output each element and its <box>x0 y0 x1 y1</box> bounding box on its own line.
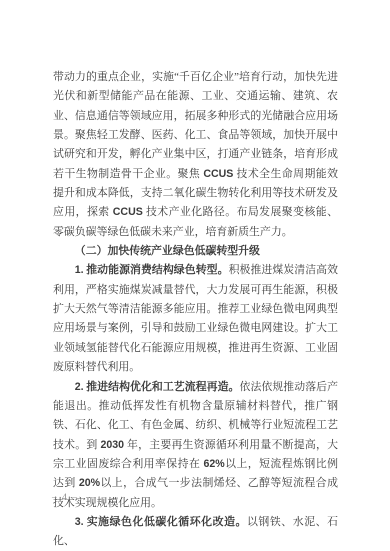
text-run: （二）加快传统产业绿色低碳转型升级 <box>75 245 260 257</box>
text-run: CCUS <box>113 206 143 218</box>
text-run: 带动力的重点企业，实施“千百亿企业”培育行动，加快先进光伏和新型储能产品在能源、… <box>53 71 338 180</box>
para-continuation: 带动力的重点企业，实施“千百亿企业”培育行动，加快先进光伏和新型储能产品在能源、… <box>53 68 338 242</box>
text-run: 推进结构优化和工艺流程再造。 <box>86 381 239 393</box>
text-run: 20% <box>79 477 100 489</box>
text-run: 推动能源消费结构绿色转型。 <box>86 264 228 276</box>
document-body: 带动力的重点企业，实施“千百亿企业”培育行动，加快先进光伏和新型储能产品在能源、… <box>53 68 338 551</box>
text-run: 积极推进煤炭清洁高效利用，严格实施煤炭减量替代，大力发展可再生能源，积极扩大天然… <box>53 264 338 373</box>
para-item-3: 3. 实施绿色化低碳化循环化改造。以钢铁、水泥、石化、 <box>53 513 338 551</box>
para-item-2: 2. 推进结构优化和工艺流程再造。依法依规推动落后产能退出。推动低挥发性有机物含… <box>53 378 338 513</box>
text-run: CCUS <box>203 168 233 180</box>
text-run: 62% <box>203 458 224 470</box>
text-run: 实施绿色化低碳化循环化改造。 <box>87 516 247 528</box>
document-page: 带动力的重点企业，实施“千百亿企业”培育行动，加快先进光伏和新型储能产品在能源、… <box>0 0 390 551</box>
page-number: – 4 – <box>52 493 79 503</box>
text-run: 2030 <box>100 439 124 451</box>
para-item-1: 1. 推动能源消费结构绿色转型。积极推进煤炭清洁高效利用，严格实施煤炭减量替代，… <box>53 261 338 377</box>
heading-section-2: （二）加快传统产业绿色低碳转型升级 <box>53 242 338 261</box>
